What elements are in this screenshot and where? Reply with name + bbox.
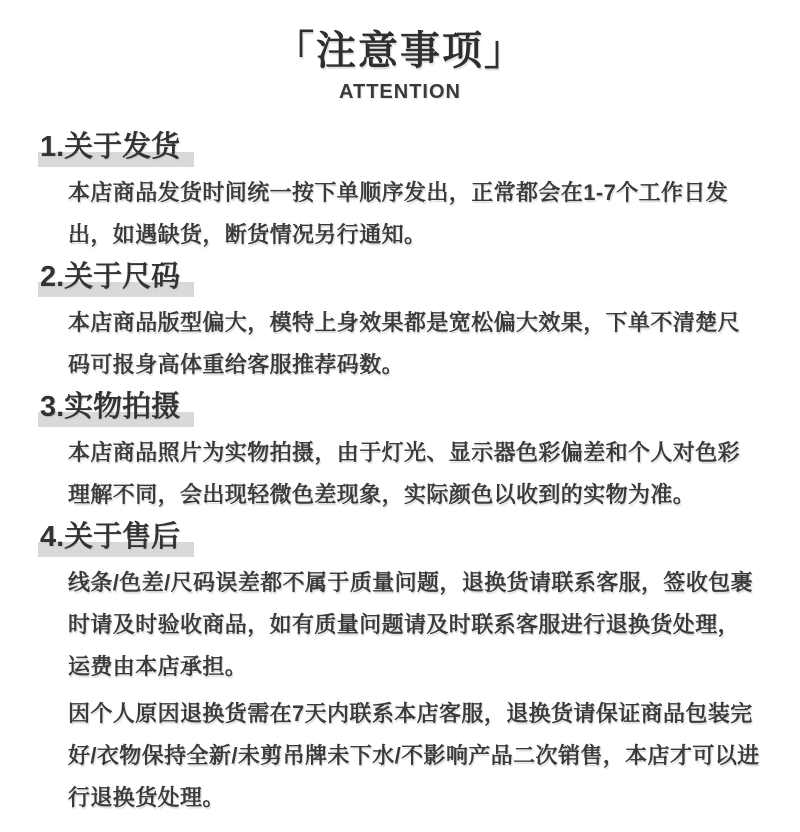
section-photos-heading: 3.实物拍摄 bbox=[38, 390, 194, 427]
section-photos: 3.实物拍摄 本店商品照片为实物拍摄，由于灯光、显示器色彩偏差和个人对色彩理解不… bbox=[40, 390, 760, 516]
section-shipping: 1.关于发货 本店商品发货时间统一按下单顺序发出，正常都会在1-7个工作日发出，… bbox=[40, 130, 760, 256]
section-aftersales-paragraph-2: 因个人原因退换货需在7天内联系本店客服，退换货请保证商品包装完好/衣物保持全新/… bbox=[68, 693, 760, 819]
section-shipping-heading: 1.关于发货 bbox=[38, 130, 194, 167]
section-shipping-paragraph: 本店商品发货时间统一按下单顺序发出，正常都会在1-7个工作日发出，如遇缺货，断货… bbox=[68, 172, 760, 256]
section-sizing-paragraph: 本店商品版型偏大，模特上身效果都是宽松偏大效果，下单不清楚尺码可报身高体重给客服… bbox=[68, 302, 760, 386]
section-sizing-heading: 2.关于尺码 bbox=[38, 260, 194, 297]
section-aftersales: 4.关于售后 线条/色差/尺码误差都不属于质量问题，退换货请联系客服，签收包裹时… bbox=[40, 520, 760, 819]
notice-sections: 1.关于发货 本店商品发货时间统一按下单顺序发出，正常都会在1-7个工作日发出，… bbox=[0, 104, 800, 819]
page-subtitle: ATTENTION bbox=[0, 80, 800, 104]
section-photos-paragraph: 本店商品照片为实物拍摄，由于灯光、显示器色彩偏差和个人对色彩理解不同，会出现轻微… bbox=[68, 432, 760, 516]
section-sizing: 2.关于尺码 本店商品版型偏大，模特上身效果都是宽松偏大效果，下单不清楚尺码可报… bbox=[40, 260, 760, 386]
section-aftersales-paragraph-1: 线条/色差/尺码误差都不属于质量问题，退换货请联系客服，签收包裹时请及时验收商品… bbox=[68, 562, 760, 688]
section-aftersales-heading: 4.关于售后 bbox=[38, 520, 194, 557]
page-title: 「注意事项」 bbox=[0, 0, 800, 74]
attention-notice-page: 「注意事项」 ATTENTION 1.关于发货 本店商品发货时间统一按下单顺序发… bbox=[0, 0, 800, 832]
